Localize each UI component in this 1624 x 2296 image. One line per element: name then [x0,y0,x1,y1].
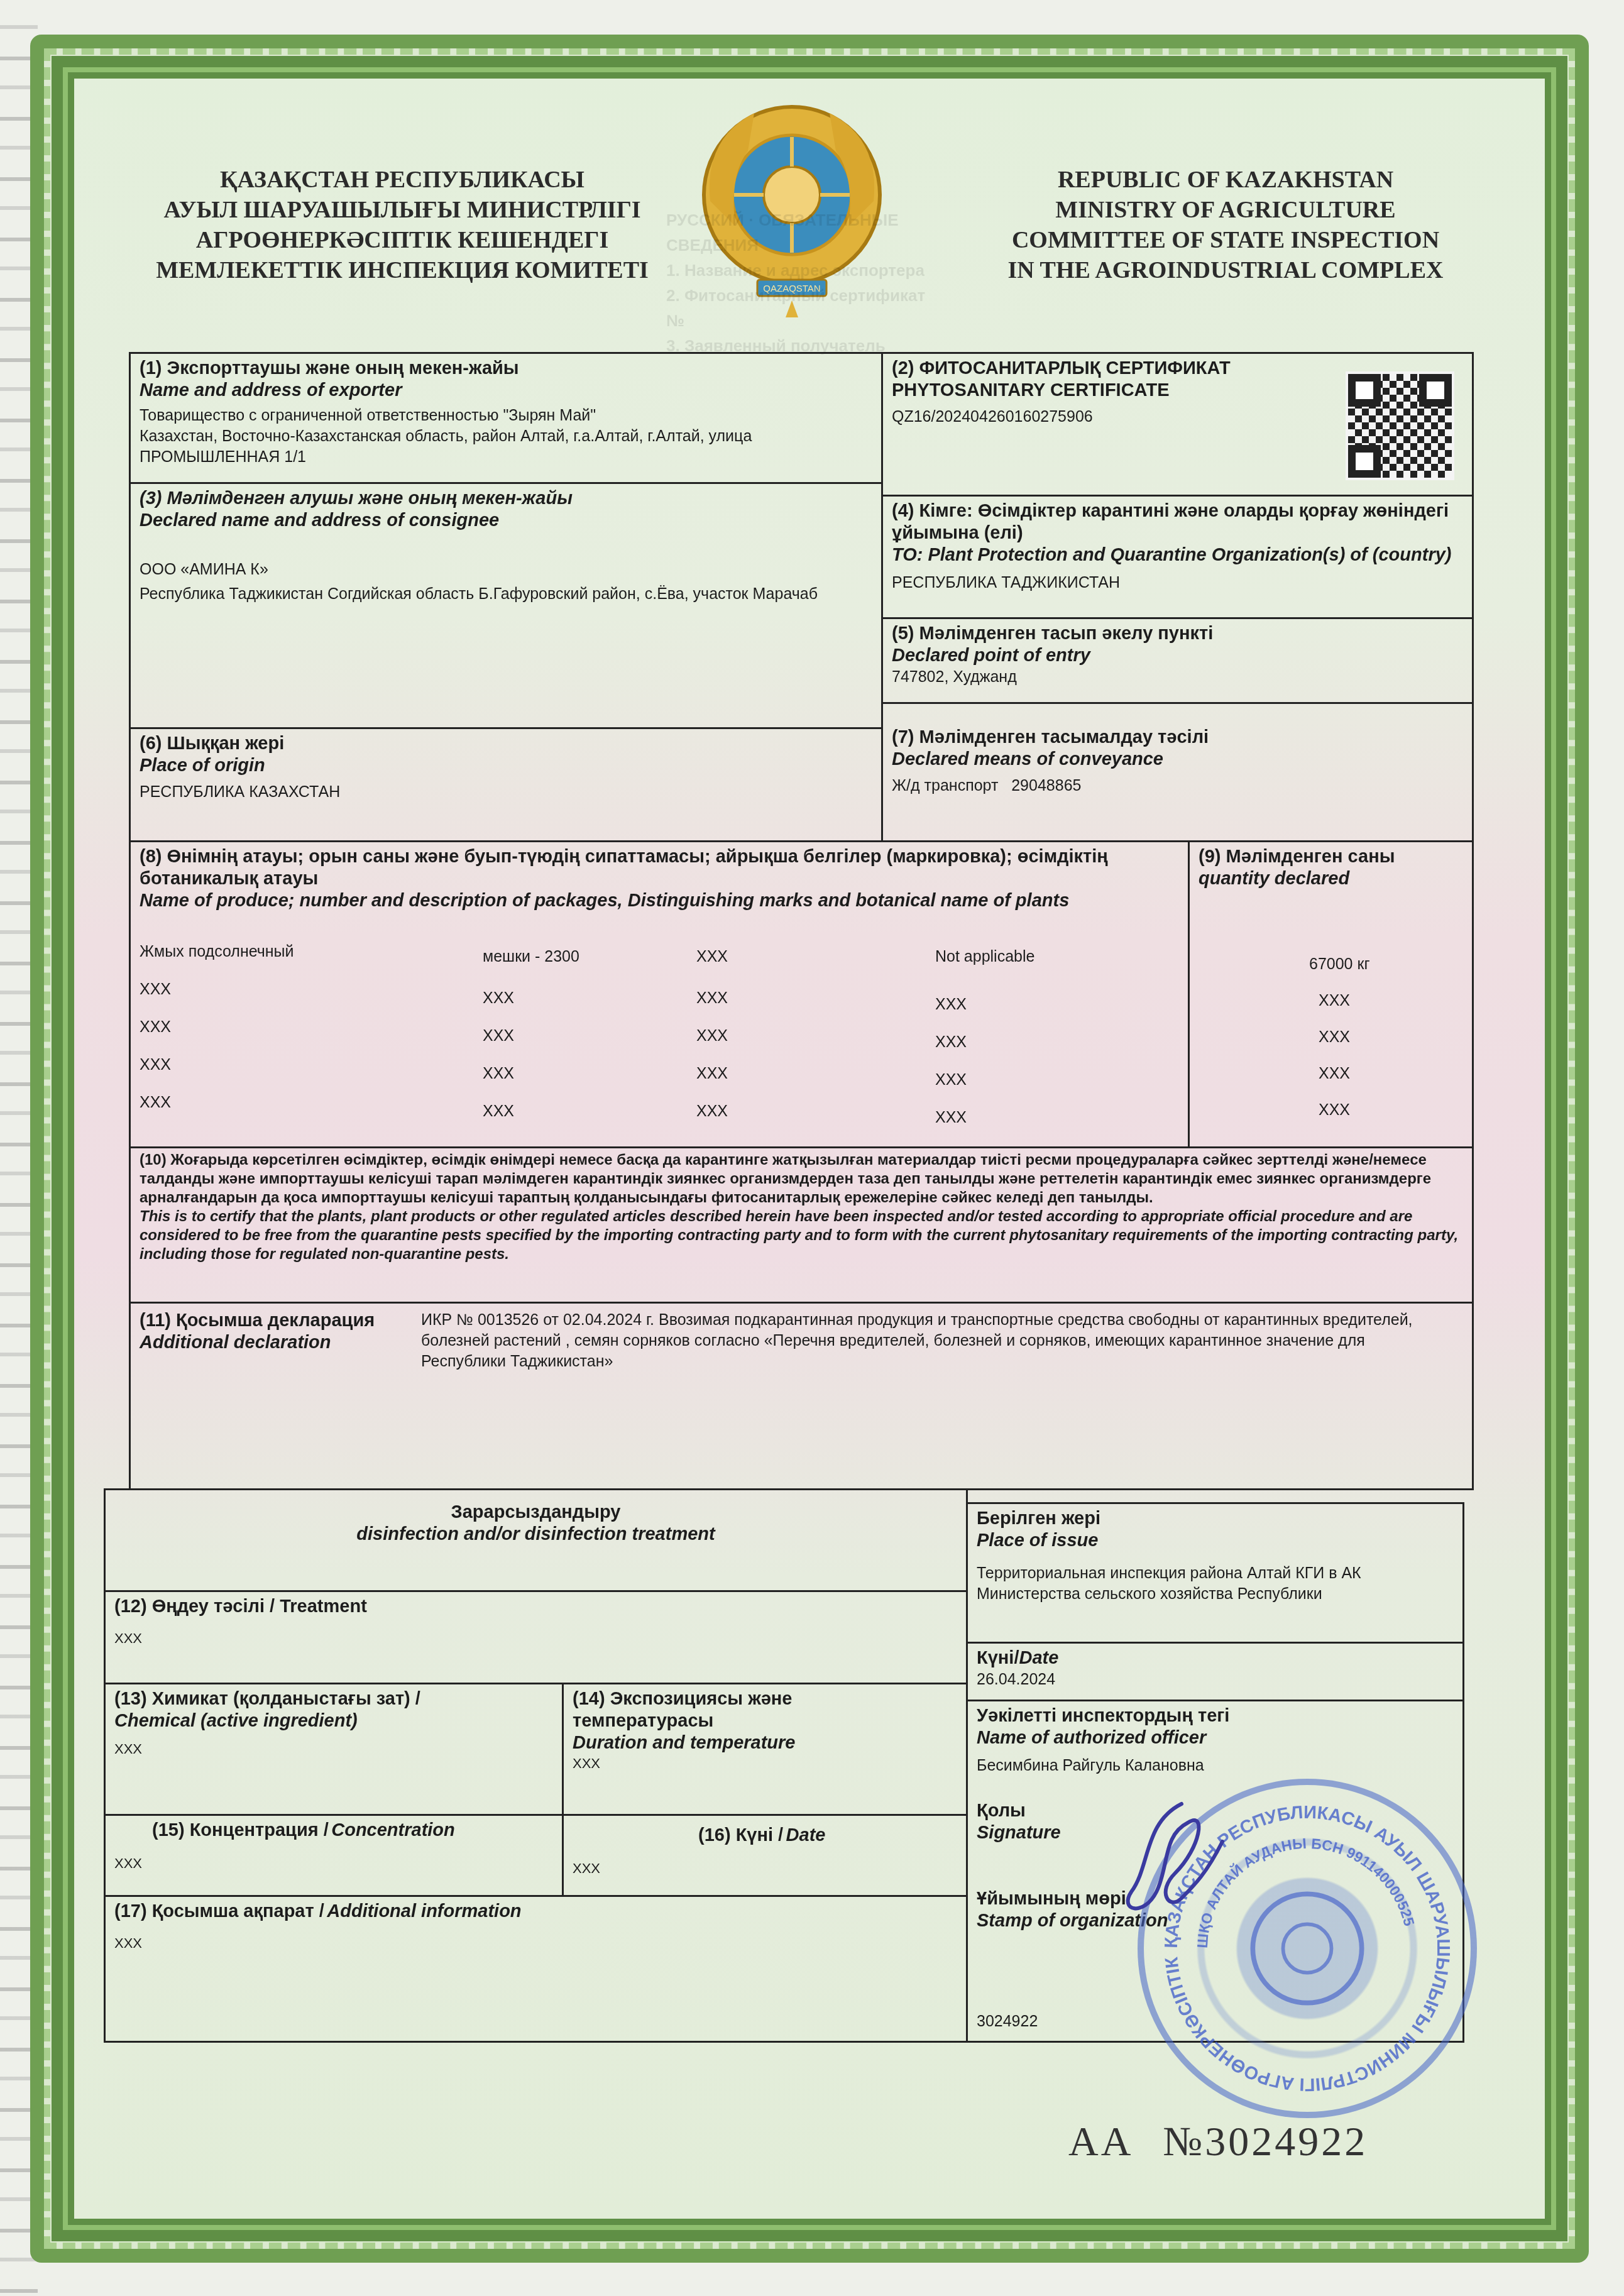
produce-cell-packages: XXX [483,1065,514,1083]
qr-code-icon[interactable] [1346,371,1454,480]
additional-info-label-kz: (17) Қосымша ақпарат / [114,1901,324,1921]
produce-cell-packages: мешки - 2300 [483,948,579,966]
issue-date-value: 26.04.2024 [977,1669,1454,1690]
header-english: REPUBLIC OF KAZAKHSTAN MINISTRY OF AGRIC… [943,165,1508,285]
header-kz-line: АУЫЛ ШАРУАШЫЛЫҒЫ МИНИСТРЛІГІ [119,195,685,225]
place-of-issue-label-kz: Берілген жері [977,1508,1454,1530]
officer-label-en: Name of authorized officer [977,1727,1454,1749]
concentration-label-en: Concentration [331,1820,455,1840]
signature-icon [1106,1798,1232,1923]
field-concentration: (15) Концентрация / Concentration XXX [104,1814,564,1897]
duration-value: XXX [573,1754,957,1773]
consignee-label-en: Declared name and address of consignee [140,510,872,532]
additional-info-label-en: Additional information [327,1901,521,1921]
certification-text-kz: (10) Жоғарыда көрсетілген өсімдіктер, өс… [140,1151,1463,1207]
quantity-value: XXX [1319,1028,1350,1046]
origin-value: РЕСПУБЛИКА КАЗАХСТАН [140,782,872,803]
produce-cell-marks: XXX [696,1065,728,1083]
produce-cell-marks: XXX [696,948,728,966]
serial-number-value: 3024922 [1205,2119,1368,2165]
treatment-value: XXX [114,1629,957,1648]
form-number: 3024922 [977,2011,1038,2032]
produce-cell-name: Жмых подсолнечный [140,943,294,961]
produce-cell-name: XXX [140,980,171,999]
exporter-name: Товарищество с ограниченной ответственно… [140,405,872,426]
produce-cell-packages: XXX [483,989,514,1008]
origin-label-en: Place of origin [140,755,872,777]
destination-country: РЕСПУБЛИКА ТАДЖИКИСТАН [892,573,1463,593]
duration-label-en: Duration and temperature [573,1732,957,1754]
field-duration: (14) Экспозициясы және температурасы Dur… [562,1683,968,1816]
disinfection-title-en: disinfection and/or disinfection treatme… [114,1524,957,1546]
field-place-of-issue: Берілген жері Place of issue Территориал… [966,1502,1464,1644]
destination-org-label-kz: (4) Кімге: Өсімдіктер карантині және ола… [892,500,1463,544]
header-en-line: COMMITTEE OF STATE INSPECTION [943,225,1508,255]
produce-cell-packages: XXX [483,1027,514,1045]
produce-cell-botanical: XXX [935,1109,967,1127]
produce-cell-marks: XXX [696,989,728,1008]
quantity-value: 67000 кг [1309,955,1370,974]
quantity-label-en: quantity declared [1199,868,1463,890]
header-en-line: MINISTRY OF AGRICULTURE [943,195,1508,225]
field-treatment: (12) Өңдеу тәсілі / Treatment XXX [104,1590,968,1684]
officer-name: Бесимбина Райгуль Калановна [977,1755,1454,1776]
produce-cell-botanical: XXX [935,996,967,1014]
origin-label-kz: (6) Шыққан жері [140,733,872,755]
entry-point-label-en: Declared point of entry [892,645,1463,667]
produce-label-en: Name of produce; number and description … [140,890,1179,912]
treatment-date-value: XXX [573,1859,957,1878]
field-conveyance: (7) Мәлімденген тасымалдау тәсілі Declar… [881,702,1474,842]
produce-cell-packages: XXX [483,1102,514,1121]
field-quantity: (9) Мәлімденген саны quantity declared 6… [1188,840,1474,1148]
produce-cell-name: XXX [140,1018,171,1036]
treatment-label: (12) Өңдеу тәсілі / Treatment [114,1596,957,1618]
destination-org-label-en: TO: Plant Protection and Quarantine Orga… [892,544,1463,566]
header-en-line: REPUBLIC OF KAZAKHSTAN [943,165,1508,195]
header-kz-line: АГРОӨНЕРКӘСІПТІК КЕШЕНДЕГІ [119,225,685,255]
conveyance-label-en: Declared means of conveyance [892,749,1463,771]
chemical-value: XXX [114,1740,553,1759]
produce-label-kz: (8) Өнімнің атауы; орын саны және буып-т… [140,846,1179,890]
field-certification: (10) Жоғарыда көрсетілген өсімдіктер, өс… [129,1146,1474,1304]
place-of-issue-label-en: Place of issue [977,1530,1454,1552]
field-destination-org: (4) Кімге: Өсімдіктер карантині және ола… [881,495,1474,619]
field-origin: (6) Шыққан жері Place of origin РЕСПУБЛИ… [129,727,883,842]
issue-date-label-en: Date [1019,1648,1058,1668]
field-chemical: (13) Химикат (қолданыстағы зат) / Chemic… [104,1683,564,1816]
additional-declaration-value: ИКР № 0013526 от 02.04.2024 г. Ввозимая … [421,1310,1452,1372]
chemical-label-kz: (13) Химикат (қолданыстағы зат) / [114,1688,553,1710]
field-additional-info: (17) Қосымша ақпарат / Additional inform… [104,1895,968,2043]
produce-cell-botanical: XXX [935,1033,967,1052]
chemical-label-en: Chemical (active ingredient) [114,1710,553,1732]
disinfection-header: Зарарсыздандыру disinfection and/or disi… [104,1488,968,1592]
field-exporter: (1) Экспорттаушы және оның мекен-жайы Na… [129,352,883,484]
header-kz-line: ҚАЗАҚСТАН РЕСПУБЛИКАСЫ [119,165,685,195]
duration-label-kz: (14) Экспозициясы және температурасы [573,1688,837,1732]
entry-point-value: 747802, Худжанд [892,667,1463,688]
produce-cell-marks: XXX [696,1102,728,1121]
serial-number: AA №3024922 [1068,2118,1368,2166]
field-entry-point: (5) Мәлімденген тасып әкелу пункті Decla… [881,617,1474,704]
header-kazakh: ҚАЗАҚСТАН РЕСПУБЛИКАСЫ АУЫЛ ШАРУАШЫЛЫҒЫ … [119,165,685,285]
serial-number-prefix: № [1163,2119,1205,2165]
concentration-label-kz: (15) Концентрация / [152,1820,329,1840]
consignee-address: Республика Таджикистан Согдийская област… [140,584,862,605]
quantity-value: XXX [1319,992,1350,1010]
reverse-bleed-text: РУССКИЙ · ОБЯЗАТЕЛЬНЫЕ СВЕДЕНИЯ1. Назван… [666,207,930,358]
produce-cell-name: XXX [140,1056,171,1074]
disinfection-title-kz: Зарарсыздандыру [114,1502,957,1524]
additional-declaration-label-en: Additional declaration [140,1332,416,1354]
officer-label-kz: Уәкілетті инспектордың тегі [977,1705,1454,1727]
additional-declaration-label-kz: (11) Қосымша декларация [140,1310,416,1332]
field-issue-date: Күні/Date 26.04.2024 [966,1642,1464,1701]
serial-series: AA [1068,2119,1131,2165]
conveyance-value: Ж/д транспорт 29048865 [892,776,1463,796]
header-en-line: IN THE AGROINDUSTRIAL COMPLEX [943,255,1508,285]
quantity-value: XXX [1319,1101,1350,1119]
field-produce: (8) Өнімнің атауы; орын саны және буып-т… [129,840,1190,1148]
place-of-issue-value: Территориальная инспекция района Алтай К… [977,1563,1442,1605]
produce-cell-botanical: XXX [935,1071,967,1089]
field-consignee: (3) Мәлімденген алушы және оның мекен-жа… [129,482,883,729]
consignee-name: ООО «АМИНА К» [140,559,872,580]
quantity-label-kz: (9) Мәлімденген саны [1199,846,1463,868]
exporter-label-en: Name and address of exporter [140,380,872,402]
entry-point-label-kz: (5) Мәлімденген тасып әкелу пункті [892,623,1463,645]
produce-cell-botanical: Not applicable [935,948,1034,966]
header-kz-line: МЕМЛЕКЕТТІК ИНСПЕКЦИЯ КОМИТЕТІ [119,255,685,285]
field-treatment-date: (16) Күні / Date XXX [562,1814,968,1897]
treatment-date-label-kz: (16) Күні / [698,1825,783,1845]
produce-cell-marks: XXX [696,1027,728,1045]
concentration-value: XXX [114,1854,553,1873]
consignee-label-kz: (3) Мәлімденген алушы және оның мекен-жа… [140,488,872,510]
exporter-label-kz: (1) Экспорттаушы және оның мекен-жайы [140,358,872,380]
conveyance-label-kz: (7) Мәлімденген тасымалдау тәсілі [892,727,1463,749]
quantity-value: XXX [1319,1065,1350,1083]
additional-info-value: XXX [114,1934,957,1953]
field-certificate: (2) ФИТОСАНИТАРЛЫҚ СЕРТИФИКАТ PHYTOSANIT… [881,352,1474,497]
issue-date-label-kz: Күні/ [977,1648,1019,1668]
certification-text-en: This is to certify that the plants, plan… [140,1207,1463,1264]
produce-cell-name: XXX [140,1094,171,1112]
exporter-address: Казахстан, Восточно-Казахстанская област… [140,426,862,468]
treatment-date-label-en: Date [786,1825,826,1845]
field-additional-declaration: (11) Қосымша декларация Additional decla… [129,1302,1474,1490]
